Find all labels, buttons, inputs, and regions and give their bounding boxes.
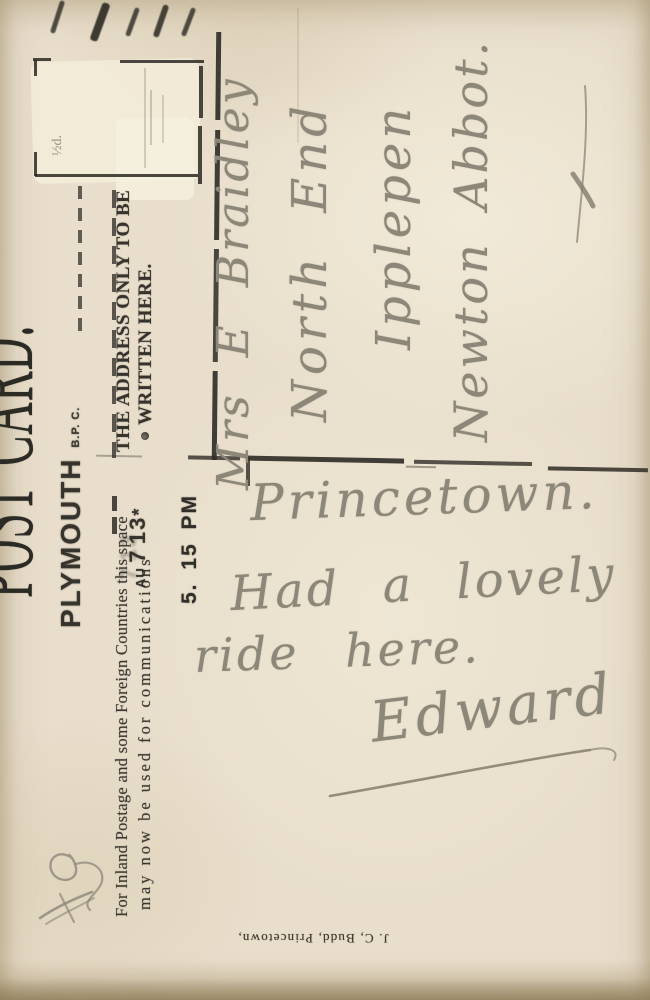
stamp-box-border: [34, 60, 37, 76]
postmark-town: PLYMOUTH: [55, 457, 86, 628]
handwritten-address-line4: Newton Abbot.: [445, 39, 498, 442]
postcard-back-scan: ½d. POST CARD. PLYMOUTH B.P. C. 7 13 AU …: [0, 0, 650, 1000]
address-instruction-line2: WRITTEN HERE.: [134, 263, 158, 440]
address-instruction-line1: THE ADDRESS ONLY TO BE: [112, 190, 136, 452]
handwritten-address-line2: North End: [283, 101, 338, 422]
address-instruction-line2-text: WRITTEN HERE.: [135, 263, 156, 425]
address-underline-flourish: [566, 82, 600, 247]
postmark-time: 5. 15 PM: [178, 494, 201, 604]
cancellation-stroke: [50, 0, 65, 34]
title-rule: [78, 186, 82, 334]
plymouth-postmark: PLYMOUTH B.P. C.: [58, 407, 84, 628]
postmark-star-icon: *: [129, 509, 149, 516]
stamp-box-border: [34, 152, 37, 176]
handwritten-address-line1: Mrs E Braidley: [210, 76, 258, 490]
stamp-box-fragment-mark: [150, 90, 152, 145]
signature-underline: [322, 736, 632, 806]
divider-segment: [246, 456, 404, 464]
handwritten-address-line3: Ipplepen: [367, 104, 422, 350]
inland-notice-line2: may now be used for communications: [135, 556, 154, 910]
postmark-town-suffix: B.P. C.: [70, 407, 82, 448]
stamp-box-inner-line: [144, 68, 146, 168]
stamp-box-border: [199, 66, 203, 118]
handwritten-message-line3: ride here.: [193, 619, 481, 683]
stamp-box-fragment-mark: [162, 95, 164, 143]
divider-segment: [96, 455, 142, 458]
cancellation-stroke: [181, 7, 196, 37]
postcard-title: POST CARD.: [0, 325, 38, 598]
pencil-scribble: [28, 838, 118, 930]
cancellation-stroke: [125, 7, 140, 37]
card-bottom-edge: [0, 978, 650, 1000]
ornament-dot-icon: [141, 432, 149, 440]
cancellation-stroke: [153, 4, 170, 38]
stamp-box-border: [35, 174, 198, 177]
cancellation-stroke: [89, 2, 110, 42]
stamp-residue: [116, 118, 194, 200]
stamp-box-fragment-text: ½d.: [50, 135, 66, 156]
stamp-box-border: [198, 126, 202, 184]
handwritten-message-line2: Had a lovely: [229, 546, 618, 622]
publisher-imprint: J. C, Budd, Princetown,: [202, 930, 424, 946]
handwritten-message-line1: Princetown.: [249, 462, 599, 532]
stamp-box-border: [120, 60, 204, 63]
